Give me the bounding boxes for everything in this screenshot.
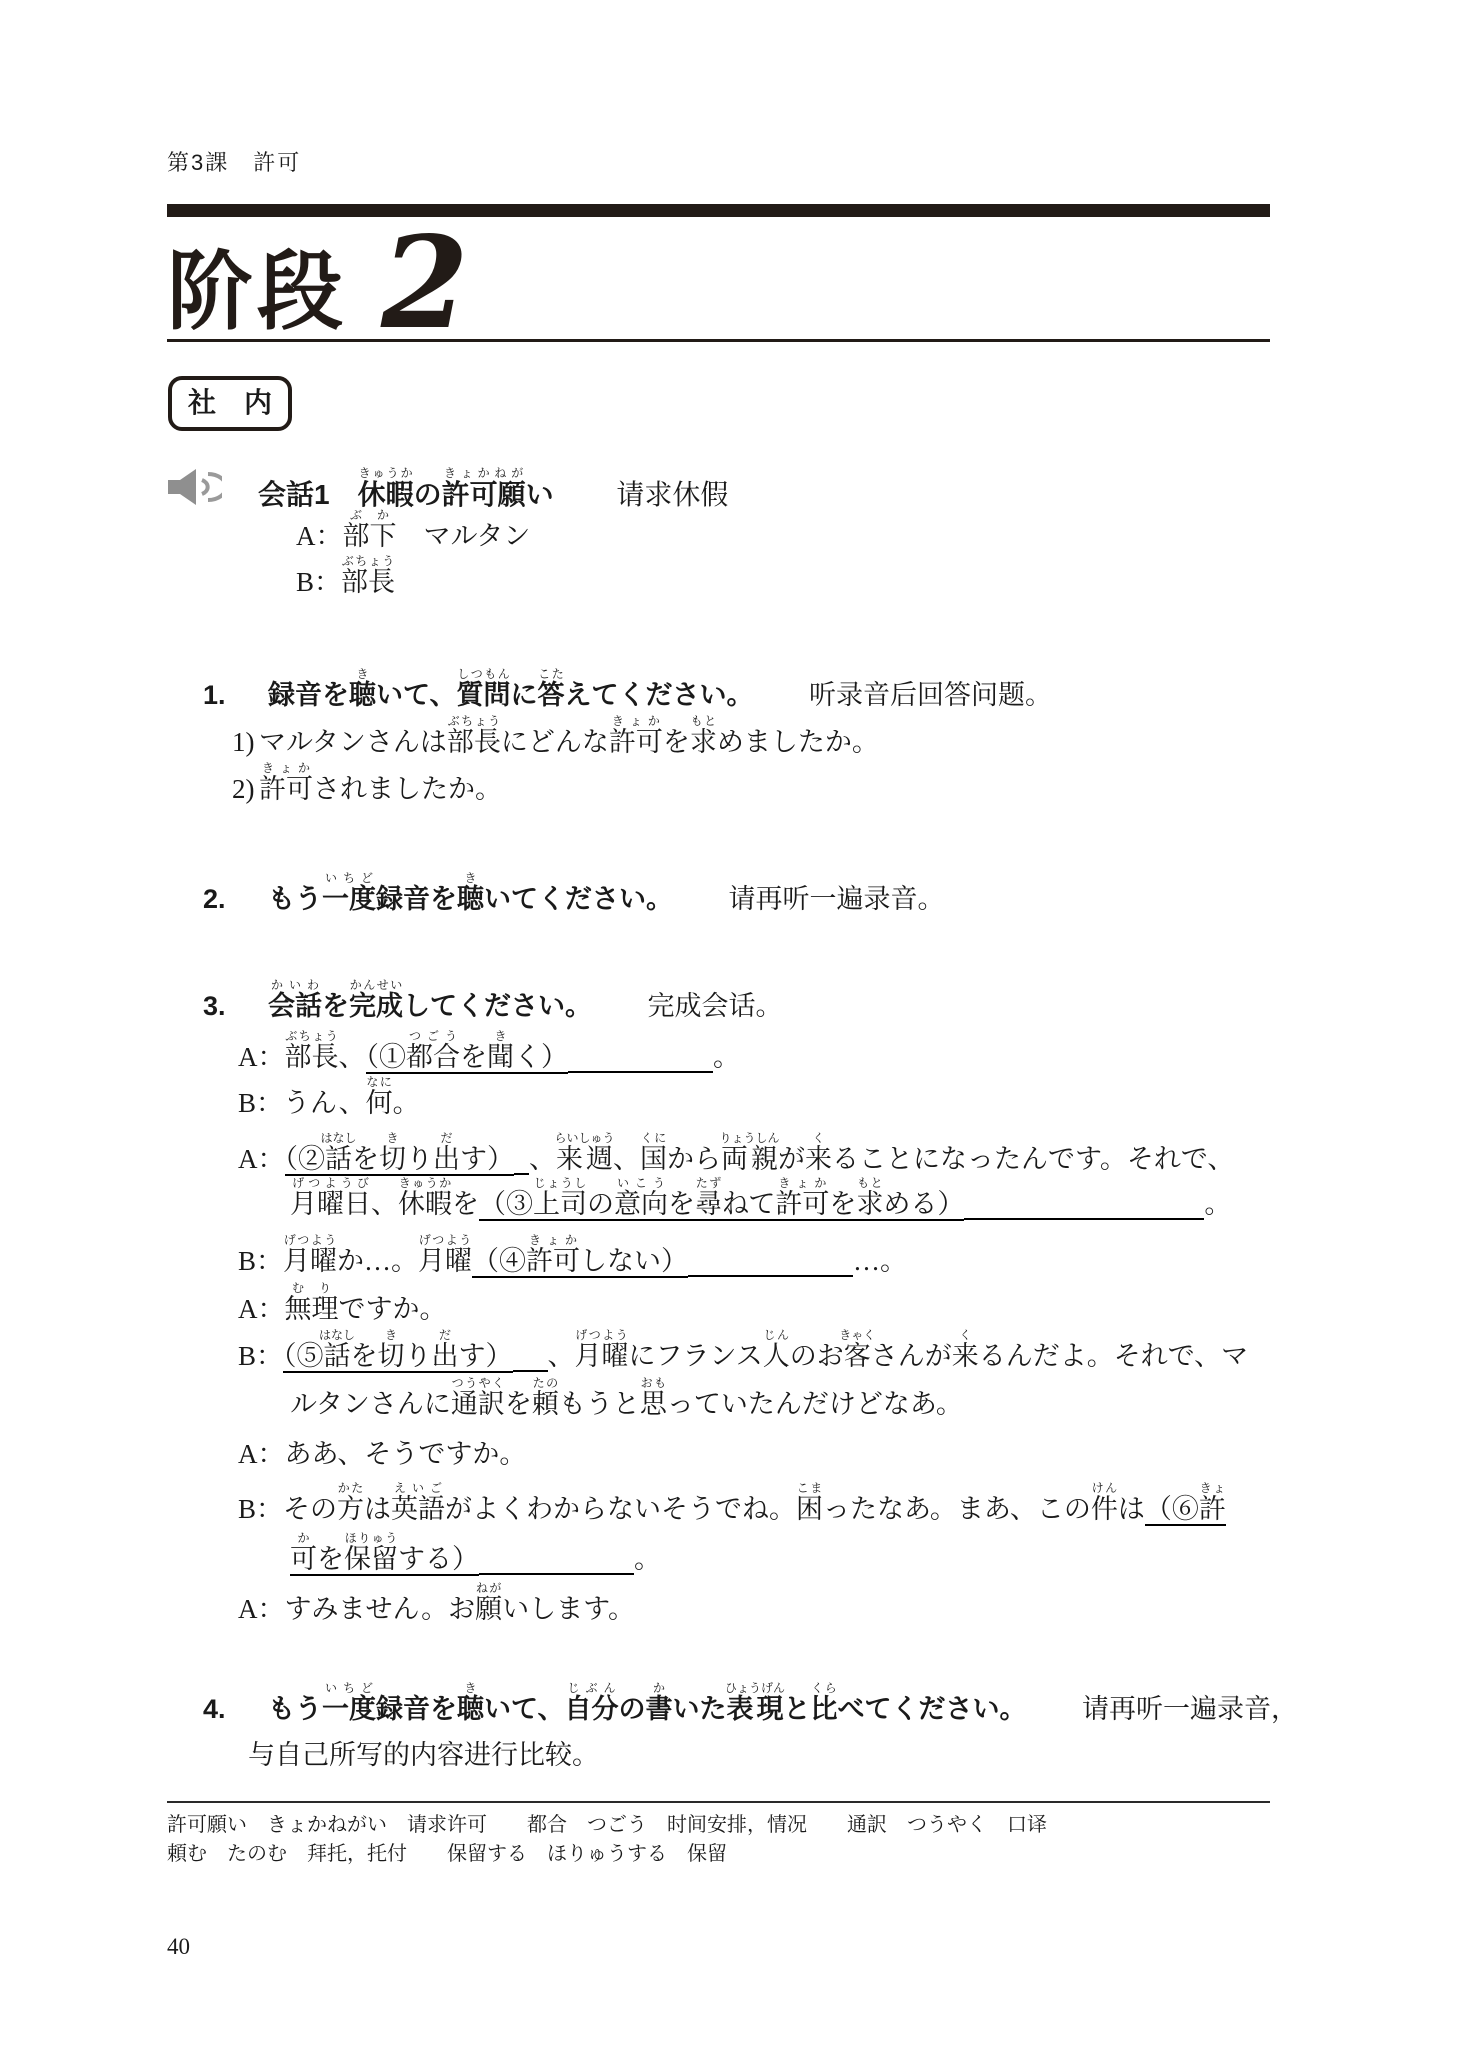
stage-banner: 阶段 2	[167, 232, 469, 335]
dialogue-line: A：無理むりですか。	[238, 1281, 447, 1333]
vocab-divider	[167, 1801, 1270, 1803]
kaiwa-role-a: A：部下ぶか マルタン	[296, 508, 530, 560]
vocab-line-2: 頼む たのむ 拜托，托付 保留する ほりゅうする 保留	[167, 1841, 727, 1867]
exercise-1-translation: 听录音后回答问题。	[809, 680, 1052, 710]
dialogue-line: B：月曜げつようか…。月曜げつよう（④許可きょかしない）…。	[238, 1233, 907, 1285]
dialogue-line: 月曜日げつようび、休暇きゅうかを（③上司じょうしの意向いこうを尋たずねて許可きょ…	[290, 1176, 1231, 1228]
exercise-2-instruction: もう一度いちど録音を聴きいてください。	[268, 884, 673, 914]
kaiwa-title-translation: 请求休假	[616, 480, 728, 511]
exercise-1-number: 1.	[203, 671, 268, 719]
exercise-3-translation: 完成会话。	[648, 991, 783, 1021]
exercise-3-number: 3.	[203, 982, 268, 1030]
exercise-2-number: 2.	[203, 875, 268, 923]
dialogue-line: 可かを保留ほりゅうする）。	[290, 1531, 661, 1583]
kaiwa-role-b: B：部長ぶちょう	[296, 554, 395, 606]
page-number: 40	[167, 1934, 190, 1960]
exercise-1-row: 1.録音を聴きいて、質問しつもんに答こたえてください。 听录音后回答问题。	[203, 667, 1052, 719]
dialogue-line: B：その方かたは英語えいごがよくわからないそうでね。困こまったなあ。まあ、この件…	[238, 1481, 1226, 1533]
dialogue-line: A：すみません。お願ねがいします。	[238, 1581, 635, 1633]
kaiwa-title-text: 会話1 休暇きゅうかの許可願きょかねがい	[258, 479, 554, 510]
dialogue-line: ルタンさんに通訳つうやくを頼たのもうと思おもっていたんだけどなあ。	[290, 1376, 963, 1428]
page-header: 第3課 許可	[167, 146, 301, 177]
vocab-line-1: 許可願い きょかねがい 请求许可 都合 つごう 时间安排，情况 通訳 つうやく …	[167, 1812, 1047, 1838]
exercise-4-instruction: もう一度いちど録音を聴きいて、自分じぶんの書かいた表現ひょうげんと比くらべてくだ…	[268, 1694, 1026, 1724]
exercise-3-row: 3.会話かいわを完成かんせいしてください。 完成会话。	[203, 978, 783, 1030]
exercise-4-row: 4.もう一度いちど録音を聴きいて、自分じぶんの書かいた表現ひょうげんと比くらべて…	[203, 1681, 1298, 1733]
exercise-4-translation: 请再听一遍录音，	[1082, 1694, 1298, 1724]
exercise-4-translation-line2: 与自己所写的内容进行比较。	[248, 1731, 599, 1779]
subitem-1-text: マルタンさんは部長ぶちょうにどんな許可きょかを求もとめましたか。	[259, 727, 879, 757]
stage-rule	[167, 339, 1270, 342]
subitem-1-number: 1)	[232, 718, 259, 766]
title-divider-bar	[167, 204, 1270, 217]
dialogue-line: A：ああ、そうですか。	[238, 1430, 526, 1478]
subitem-2-number: 2)	[232, 765, 259, 813]
section-badge: 社 内	[168, 376, 292, 431]
exercise-1-subitem-1: 1)マルタンさんは部長ぶちょうにどんな許可きょかを求もとめましたか。	[232, 714, 879, 766]
speaker-icon	[166, 468, 222, 513]
dialogue-line: A：部長ぶちょう、（①都合つごうを聞きく）。	[238, 1029, 740, 1081]
dialogue-line: B：うん、何なに。	[238, 1075, 420, 1127]
exercise-1-subitem-2: 2)許可きょかされましたか。	[232, 761, 502, 813]
stage-label: 阶段	[167, 249, 347, 335]
exercise-4-number: 4.	[203, 1685, 268, 1733]
exercise-2-translation: 请再听一遍录音。	[729, 884, 945, 914]
exercise-3-instruction: 会話かいわを完成かんせいしてください。	[268, 991, 592, 1021]
exercise-2-row: 2.もう一度いちど録音を聴きいてください。 请再听一遍录音。	[203, 871, 945, 923]
stage-number: 2	[381, 232, 469, 335]
dialogue-line: B：（⑤話はなしを切きり出だす）、月曜げつようにフランス人じんのお客きゃくさんが…	[238, 1328, 1248, 1380]
subitem-2-text: 許可きょかされましたか。	[259, 774, 502, 804]
exercise-1-instruction: 録音を聴きいて、質問しつもんに答こたえてください。	[268, 680, 753, 710]
